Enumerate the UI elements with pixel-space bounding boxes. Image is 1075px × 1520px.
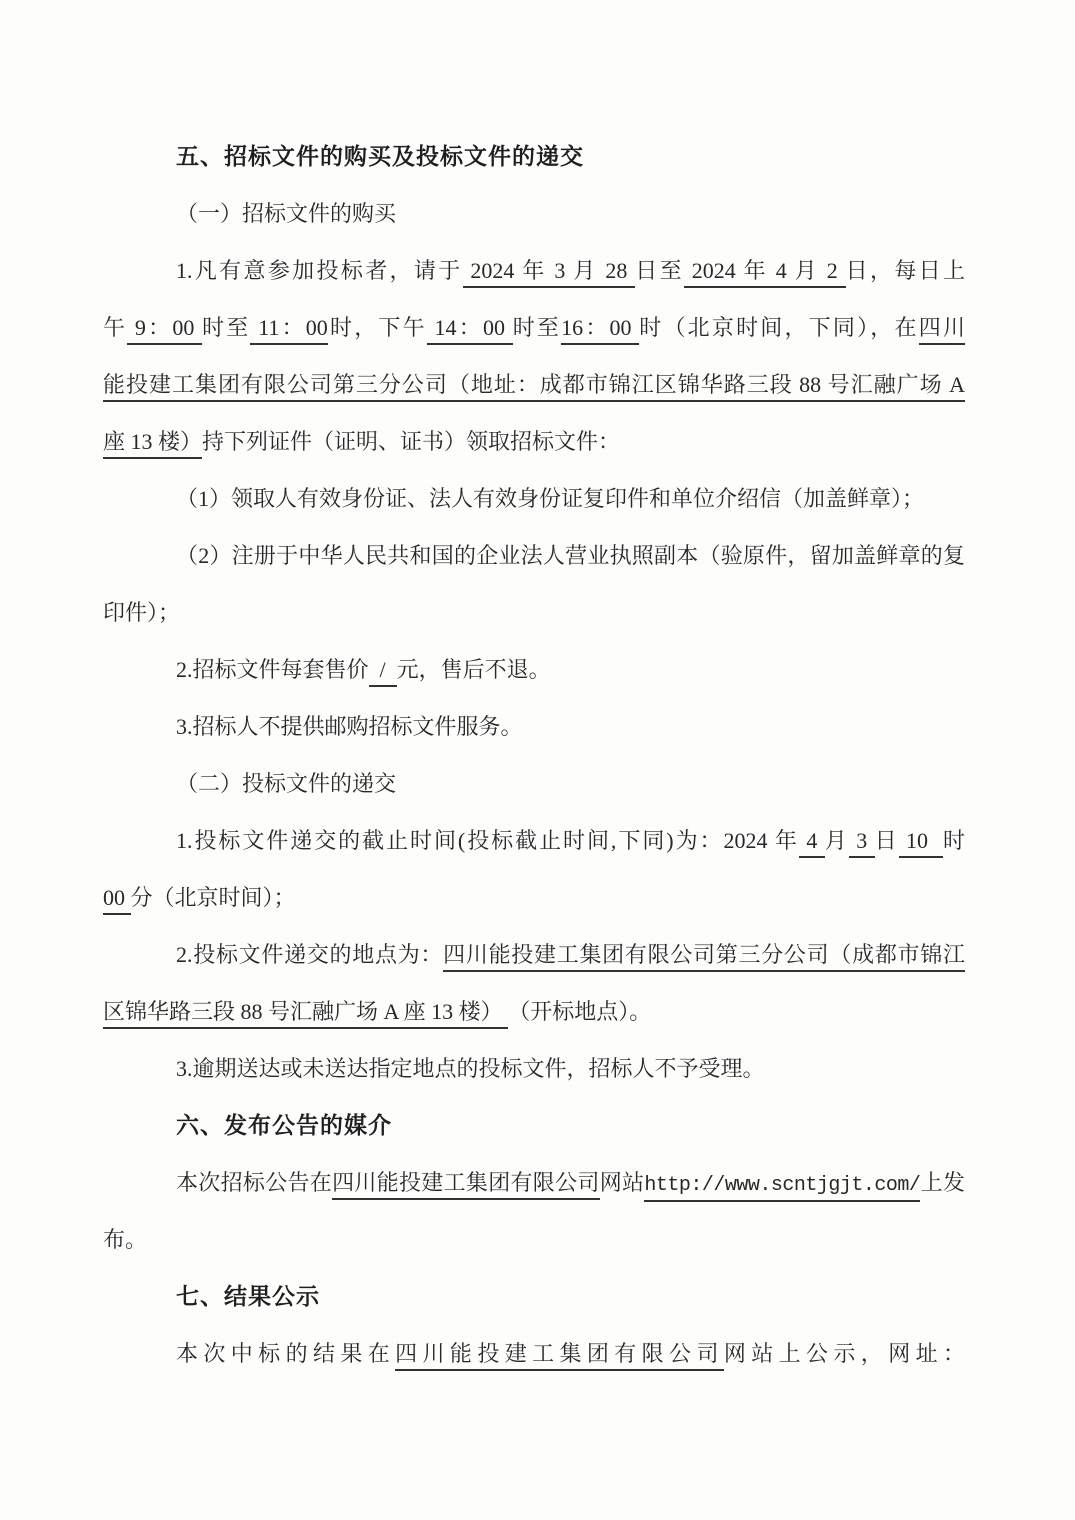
underlined-text: 区锦华路三段 88 号汇融广场 A 座 13 楼） (103, 999, 508, 1029)
late-delivery-line: 3.逾期送达或未送达指定地点的投标文件，招标人不予受理。 (103, 1040, 965, 1097)
text-segment: 午 (103, 315, 127, 340)
underlined-text: / (369, 657, 397, 687)
text-segment: 网站 (600, 1170, 645, 1195)
document-body: 五、招标文件的购买及投标文件的递交（一）招标文件的购买1.凡有意参加投标者，请于… (103, 128, 965, 1382)
text-segment: 日至 (635, 258, 684, 283)
text-segment: 印件）； (103, 600, 180, 625)
document-page: 五、招标文件的购买及投标文件的递交（一）招标文件的购买1.凡有意参加投标者，请于… (0, 0, 1075, 1520)
underlined-text: 9：00 (127, 315, 202, 345)
submit-place-line-1: 2.投标文件递交的地点为：四川能投建工集团有限公司第三分公司（成都市锦江 (103, 926, 965, 983)
heading-section-6: 六、发布公告的媒介 (103, 1097, 965, 1154)
text-segment: 元，售后不退。 (397, 657, 551, 682)
text-segment: 1.投标文件递交的截止时间(投标截止时间,下同)为：2024 年 (176, 828, 799, 853)
text-segment: 日 (875, 828, 899, 853)
text-segment: 分（北京时间）； (131, 885, 296, 910)
underlined-text: 4 (799, 828, 825, 858)
underlined-text: 3 (849, 828, 875, 858)
announce-media-line-2: 布。 (103, 1211, 965, 1268)
text-segment: 1.凡有意参加投标者，请于 (176, 258, 463, 283)
purchase-address-end-line: 座 13 楼）持下列证件（证明、证书）领取招标文件： (103, 413, 965, 470)
underlined-text: 2024 年 3 月 28 (463, 258, 636, 288)
purchase-address-line: 能投建工集团有限公司第三分公司（地址：成都市锦江区锦华路三段 88 号汇融广场 … (103, 356, 965, 413)
underlined-text: http://www.scntjgjt.com/ (644, 1174, 920, 1202)
text-segment: （一）招标文件的购买 (176, 201, 396, 226)
heading-section-7: 七、结果公示 (103, 1268, 965, 1325)
text-segment: 持下列证件（证明、证书）领取招标文件： (202, 429, 620, 454)
result-publish-line: 本次中标的结果在四川能投建工集团有限公司网站上公示，网址： (103, 1325, 965, 1382)
underlined-text: 四川能投建工集团有限公司 (332, 1170, 600, 1200)
underlined-text: 14：00 (427, 315, 513, 345)
subheading-5-1: （一）招标文件的购买 (103, 185, 965, 242)
credential-item-2-line-2: 印件）； (103, 584, 965, 641)
credential-item-2-line-1: （2）注册于中华人民共和国的企业法人营业执照副本（验原件，留加盖鲜章的复 (103, 527, 965, 584)
text-segment: 3.招标人不提供邮购招标文件服务。 (176, 714, 523, 739)
price-line: 2.招标文件每套售价 / 元，售后不退。 (103, 641, 965, 698)
text-segment: 3.逾期送达或未送达指定地点的投标文件，招标人不予受理。 (176, 1056, 765, 1081)
text-segment: （开标地点）。 (508, 999, 651, 1024)
text-segment: （二）投标文件的递交 (176, 771, 396, 796)
text-segment: （2）注册于中华人民共和国的企业法人营业执照副本（验原件，留加盖鲜章的复 (176, 543, 965, 568)
text-segment: 日，每日上 (846, 258, 965, 283)
underlined-text: 00 (103, 885, 131, 915)
underlined-text: 四川能投建工集团有限公司第三分公司（成都市锦江 (443, 942, 965, 972)
text-segment: 网站上公示，网址： (724, 1341, 965, 1366)
submit-place-line-2: 区锦华路三段 88 号汇融广场 A 座 13 楼） （开标地点）。 (103, 983, 965, 1040)
purchase-time-line-1: 1.凡有意参加投标者，请于 2024 年 3 月 28 日至 2024 年 4 … (103, 242, 965, 299)
underlined-text: 四川 (919, 315, 965, 345)
deadline-line-1: 1.投标文件递交的截止时间(投标截止时间,下同)为：2024 年 4 月 3 日… (103, 812, 965, 869)
text-segment: 时至 (513, 315, 561, 340)
text-segment: 六、发布公告的媒介 (176, 1112, 392, 1138)
no-mail-line: 3.招标人不提供邮购招标文件服务。 (103, 698, 965, 755)
text-segment: 2.招标文件每套售价 (176, 657, 369, 682)
text-segment: 时至 (202, 315, 250, 340)
text-segment: 时 (943, 828, 965, 853)
text-segment: 月 (825, 828, 849, 853)
text-segment: 本次招标公告在 (176, 1170, 332, 1195)
underlined-text: 四川能投建工集团有限公司 (395, 1341, 724, 1371)
underlined-text: 11：00 (250, 315, 327, 345)
underlined-text: 座 13 楼） (103, 429, 202, 459)
text-segment: 七、结果公示 (176, 1283, 320, 1309)
underlined-text: 能投建工集团有限公司第三分公司（地址：成都市锦江区锦华路三段 88 号汇融广场 … (103, 372, 965, 402)
heading-section-5: 五、招标文件的购买及投标文件的递交 (103, 128, 965, 185)
text-segment: 上发 (920, 1170, 965, 1195)
text-segment: 五、招标文件的购买及投标文件的递交 (176, 143, 584, 169)
announce-media-line-1: 本次招标公告在四川能投建工集团有限公司网站http://www.scntjgjt… (103, 1154, 965, 1211)
text-segment: 2.投标文件递交的地点为： (176, 942, 443, 967)
purchase-time-line-2: 午 9：00 时至 11：00时，下午 14：00 时至16：00 时（北京时间… (103, 299, 965, 356)
credential-item-1: （1）领取人有效身份证、法人有效身份证复印件和单位介绍信（加盖鲜章）； (103, 470, 965, 527)
text-segment: 布。 (103, 1227, 147, 1252)
text-segment: （1）领取人有效身份证、法人有效身份证复印件和单位介绍信（加盖鲜章）； (176, 486, 924, 511)
underlined-text: 16：00 (561, 315, 639, 345)
text-segment: 本次中标的结果在 (176, 1341, 395, 1366)
underlined-text: 2024 年 4 月 2 (684, 258, 846, 288)
deadline-line-2: 00 分（北京时间）； (103, 869, 965, 926)
underlined-text: 10 (899, 828, 943, 858)
text-segment: 时，下午 (328, 315, 427, 340)
subheading-5-2: （二）投标文件的递交 (103, 755, 965, 812)
text-segment: 时（北京时间，下同），在 (639, 315, 919, 340)
